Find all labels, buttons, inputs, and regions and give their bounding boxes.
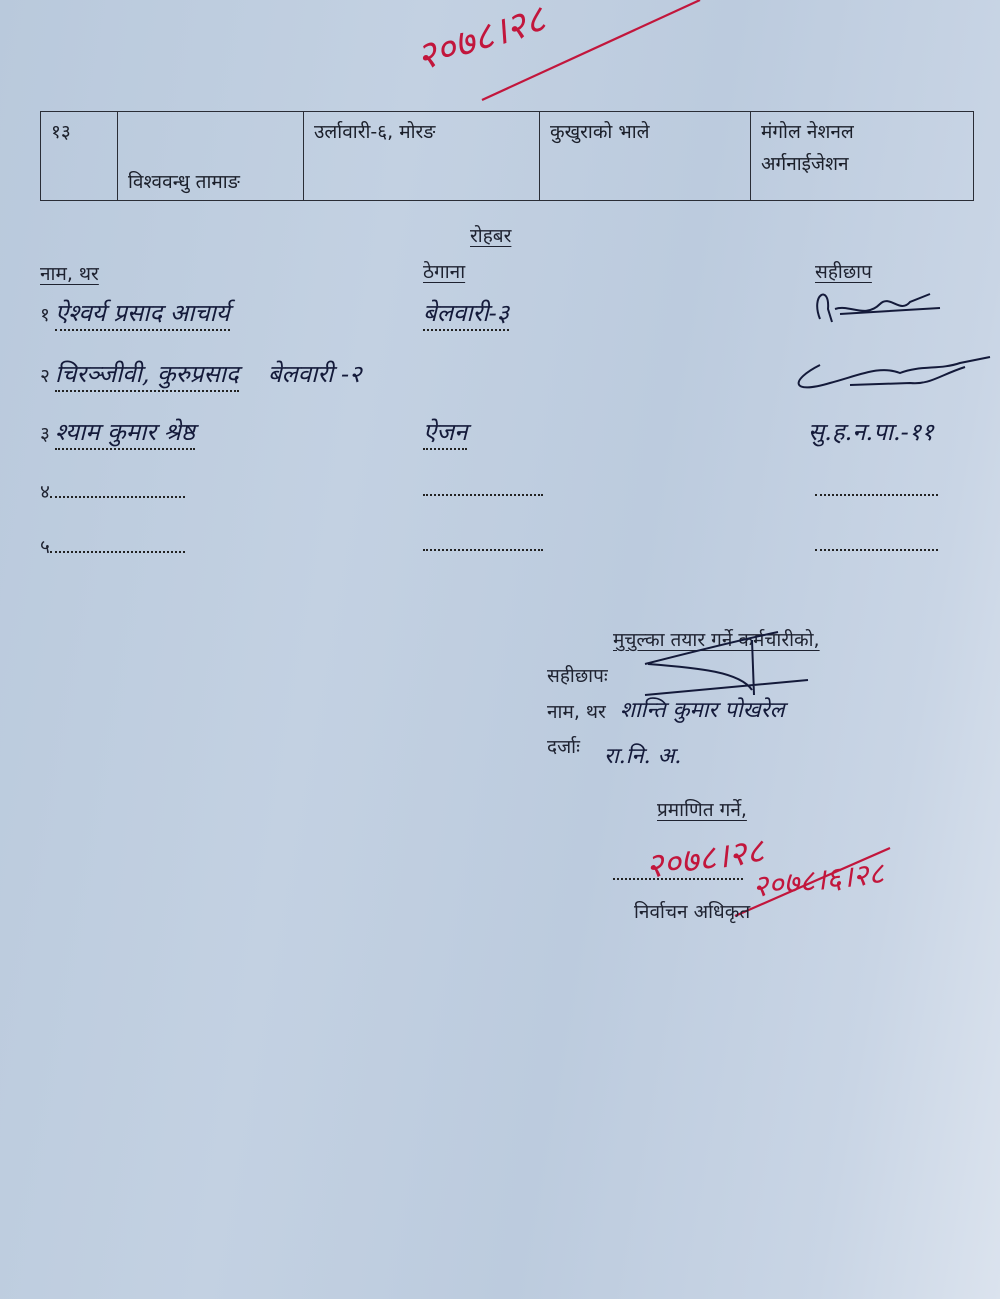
- certify-role: निर्वाचन अधिकृत: [634, 898, 750, 924]
- preparer-signature: [0, 0, 1000, 1299]
- preparer-name-label: नाम, थर: [547, 698, 606, 724]
- preparer-rank-value: रा.नि. अ.: [604, 740, 681, 770]
- preparer-name-value: शान्ति कुमार पोखरेल: [620, 694, 785, 724]
- preparer-rank-label: दर्जाः: [547, 733, 580, 759]
- certify-title: प्रमाणित गर्ने,: [657, 796, 747, 822]
- certify-signature-line: [613, 866, 743, 880]
